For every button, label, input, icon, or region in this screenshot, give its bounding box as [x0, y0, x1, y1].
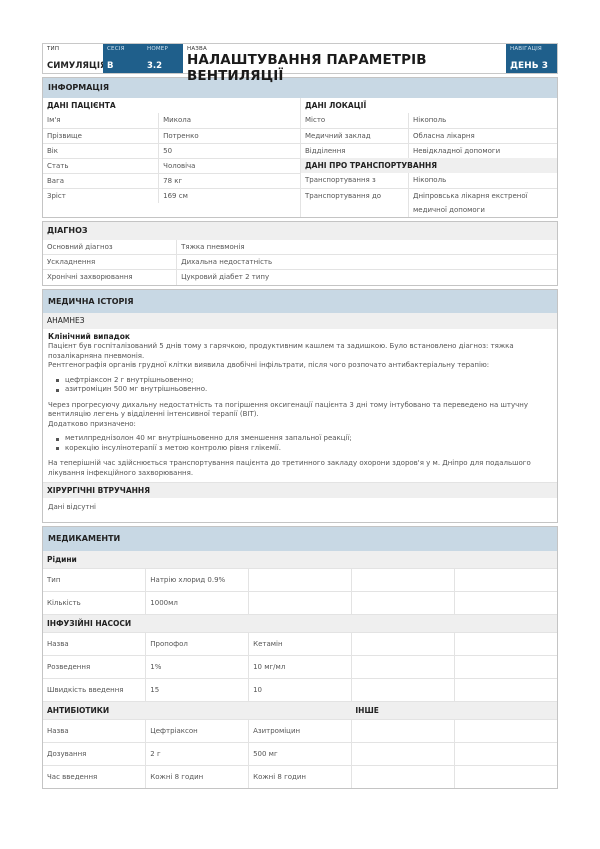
row-value: [454, 742, 557, 765]
row-value: [454, 655, 557, 678]
row-value: Пропофол: [146, 632, 249, 655]
number-value: 3.2: [147, 61, 179, 71]
row-value: Нікополь: [409, 113, 557, 128]
list-item: метилпреднізолон 40 мг внутрішньовенно д…: [65, 434, 552, 444]
row-value: [351, 719, 454, 742]
row-label: Зріст: [43, 188, 159, 203]
row-value: [454, 765, 557, 788]
table-row: Ім'яМикола: [43, 113, 300, 128]
table-row: Швидкість введення1510: [43, 678, 557, 701]
history-p4: Додатково призначено:: [48, 420, 552, 430]
row-value: 15: [146, 678, 249, 701]
row-label: Час введення: [43, 765, 146, 788]
history-p5: На теперішній час здійснюється транспорт…: [48, 459, 552, 478]
row-value: [454, 591, 557, 614]
row-value: [454, 719, 557, 742]
table-row: Вага78 кг: [43, 173, 300, 188]
row-value: Кожні 8 годин: [249, 765, 352, 788]
history-p3: Через прогресуючу дихальну недостатність…: [48, 401, 552, 420]
row-value: Азитроміцин: [249, 719, 352, 742]
history-title: МЕДИЧНА ІСТОРІЯ: [43, 290, 557, 313]
row-label: Стать: [43, 158, 159, 173]
header-session: Сесія B: [103, 44, 143, 73]
table-row: Дозування2 г500 мг: [43, 742, 557, 765]
patient-table: Ім'яМиколаПрізвищеПотренкоВік50СтатьЧоло…: [43, 113, 300, 203]
history-p2: Рентгенографія органів грудної клітки ви…: [48, 361, 552, 371]
table-row: СтатьЧоловіча: [43, 158, 300, 173]
number-label: Номер: [147, 46, 179, 52]
row-value: Дихальна недостатність: [177, 255, 557, 270]
location-title: ДАНІ ЛОКАЦІЇ: [301, 98, 557, 113]
row-label: Транспортування з: [301, 173, 409, 188]
diagnosis-section: ДІАГНОЗ Основний діагнозТяжка пневмоніяУ…: [42, 221, 558, 286]
row-value: [351, 742, 454, 765]
header-type: Тип СИМУЛЯЦІЯ: [43, 44, 103, 73]
row-label: Ускладнення: [43, 255, 177, 270]
table-row: Розведення1%10 мг/мл: [43, 655, 557, 678]
location-table: МістоНікопольМедичний закладОбласна ліка…: [301, 113, 557, 158]
row-label: Транспортування до: [301, 188, 409, 217]
subsection-title: АНТИБІОТИКИ: [43, 701, 351, 719]
row-label: Хронічні захворювання: [43, 270, 177, 285]
type-label: Тип: [47, 46, 99, 52]
meds-title: МЕДИКАМЕНТИ: [43, 527, 557, 551]
subsection-title: ІНФУЗІЙНІ НАСОСИ: [43, 614, 557, 632]
row-label: Швидкість введення: [43, 678, 146, 701]
row-value: Потренко: [159, 128, 300, 143]
row-value: 10: [249, 678, 352, 701]
nav-label: Навігація: [510, 46, 553, 52]
subsection-title: ІНШЕ: [351, 701, 557, 719]
row-value: Цефтріаксон: [146, 719, 249, 742]
table-row: Медичний закладОбласна лікарня: [301, 128, 557, 143]
row-label: Розведення: [43, 655, 146, 678]
document-page: Тип СИМУЛЯЦІЯ Сесія B Номер 3.2 Назва НА…: [42, 43, 558, 789]
header-number: Номер 3.2: [143, 44, 183, 73]
row-value: Чоловіча: [159, 158, 300, 173]
subsection-row: ІНФУЗІЙНІ НАСОСИ: [43, 614, 557, 632]
list-item: цефтріаксон 2 г внутрішньовенно;: [65, 376, 552, 386]
history-section: МЕДИЧНА ІСТОРІЯ АНАМНЕЗ Клінічний випадо…: [42, 289, 558, 523]
row-value: [351, 632, 454, 655]
row-value: [454, 632, 557, 655]
list-item: корекцію інсулінотерапії з метою контрол…: [65, 444, 552, 454]
row-value: 50: [159, 143, 300, 158]
anamnesis-text: Клінічний випадок Пацієнт був госпіталіз…: [43, 329, 557, 483]
patient-title: ДАНІ ПАЦІЄНТА: [43, 98, 300, 113]
row-label: Дозування: [43, 742, 146, 765]
table-row: Основний діагнозТяжка пневмонія: [43, 240, 557, 255]
row-value: Натрію хлорид 0.9%: [146, 568, 249, 591]
header-bar: Тип СИМУЛЯЦІЯ Сесія B Номер 3.2 Назва НА…: [42, 43, 558, 74]
row-value: 500 мг: [249, 742, 352, 765]
subsection-title: Рідини: [43, 551, 557, 569]
diagnosis-title: ДІАГНОЗ: [43, 222, 557, 240]
table-row: Вік50: [43, 143, 300, 158]
row-label: Медичний заклад: [301, 128, 409, 143]
transport-title: ДАНІ ПРО ТРАНСПОРТУВАННЯ: [301, 158, 557, 173]
surgery-value: Дані відсутні: [43, 498, 557, 522]
row-value: 1%: [146, 655, 249, 678]
anamnesis-title: АНАМНЕЗ: [43, 313, 557, 329]
transport-table: Транспортування зНікопольТранспортування…: [301, 173, 557, 217]
row-value: [351, 678, 454, 701]
table-row: ВідділенняНевідкладної допомоги: [301, 143, 557, 158]
row-label: Тип: [43, 568, 146, 591]
row-value: [454, 678, 557, 701]
row-value: [351, 655, 454, 678]
case-title: Клінічний випадок: [48, 332, 130, 341]
header-navigation[interactable]: Навігація ДЕНЬ 3: [506, 44, 557, 73]
row-value: Невідкладної допомоги: [409, 143, 557, 158]
antibiotic-list: цефтріаксон 2 г внутрішньовенно;азитромі…: [48, 376, 552, 395]
row-value: 2 г: [146, 742, 249, 765]
row-value: Нікополь: [409, 173, 557, 188]
table-row: НазваПропофолКетамін: [43, 632, 557, 655]
row-value: [454, 568, 557, 591]
location-data: ДАНІ ЛОКАЦІЇ МістоНікопольМедичний закла…: [300, 98, 557, 217]
table-row: УскладненняДихальна недостатність: [43, 255, 557, 270]
table-row: Кількість1000мл: [43, 591, 557, 614]
table-row: МістоНікополь: [301, 113, 557, 128]
row-label: Ім'я: [43, 113, 159, 128]
subsection-row: Рідини: [43, 551, 557, 569]
row-value: Обласна лікарня: [409, 128, 557, 143]
subsection-row: АНТИБІОТИКИІНШЕ: [43, 701, 557, 719]
additional-list: метилпреднізолон 40 мг внутрішньовенно д…: [48, 434, 552, 453]
row-label: Прізвище: [43, 128, 159, 143]
surgery-title: ХІРУРГІЧНІ ВТРУЧАННЯ: [43, 482, 557, 498]
row-value: [249, 591, 352, 614]
list-item: азитроміцин 500 мг внутрішньовенно.: [65, 385, 552, 395]
diagnosis-table: Основний діагнозТяжка пневмоніяУскладнен…: [43, 240, 557, 285]
info-section: ІНФОРМАЦІЯ ДАНІ ПАЦІЄНТА Ім'яМиколаПрізв…: [42, 77, 558, 218]
row-value: Тяжка пневмонія: [177, 240, 557, 255]
row-value: [351, 591, 454, 614]
table-row: Транспортування доДніпровська лікарня ек…: [301, 188, 557, 217]
table-row: Час введенняКожні 8 годинКожні 8 годин: [43, 765, 557, 788]
row-label: Кількість: [43, 591, 146, 614]
table-row: ПрізвищеПотренко: [43, 128, 300, 143]
row-value: Цукровий діабет 2 типу: [177, 270, 557, 285]
row-label: Назва: [43, 632, 146, 655]
patient-data: ДАНІ ПАЦІЄНТА Ім'яМиколаПрізвищеПотренко…: [43, 98, 300, 217]
table-row: Зріст169 см: [43, 188, 300, 203]
row-value: Кожні 8 годин: [146, 765, 249, 788]
table-row: ТипНатрію хлорид 0.9%: [43, 568, 557, 591]
header-title: Назва НАЛАШТУВАННЯ ПАРАМЕТРІВ ВЕНТИЛЯЦІЇ: [183, 44, 506, 73]
row-label: Відділення: [301, 143, 409, 158]
meds-table: РідиниТипНатрію хлорид 0.9%Кількість1000…: [43, 551, 557, 788]
row-value: 1000мл: [146, 591, 249, 614]
row-value: [351, 568, 454, 591]
row-value: [351, 765, 454, 788]
row-label: Вага: [43, 173, 159, 188]
page-title: НАЛАШТУВАННЯ ПАРАМЕТРІВ ВЕНТИЛЯЦІЇ: [187, 52, 502, 84]
table-row: НазваЦефтріаксонАзитроміцин: [43, 719, 557, 742]
session-label: Сесія: [107, 46, 139, 52]
row-label: Вік: [43, 143, 159, 158]
nav-value[interactable]: ДЕНЬ 3: [510, 61, 553, 71]
row-value: Микола: [159, 113, 300, 128]
type-value: СИМУЛЯЦІЯ: [47, 61, 99, 71]
row-value: 78 кг: [159, 173, 300, 188]
meds-section: МЕДИКАМЕНТИ РідиниТипНатрію хлорид 0.9%К…: [42, 526, 558, 789]
row-value: [249, 568, 352, 591]
row-value: 10 мг/мл: [249, 655, 352, 678]
row-value: Дніпровська лікарня екстреної медичної д…: [409, 188, 557, 217]
session-value: B: [107, 61, 139, 71]
row-value: Кетамін: [249, 632, 352, 655]
row-label: Основний діагноз: [43, 240, 177, 255]
table-row: Транспортування зНікополь: [301, 173, 557, 188]
row-value: 169 см: [159, 188, 300, 203]
table-row: Хронічні захворюванняЦукровий діабет 2 т…: [43, 270, 557, 285]
row-label: Назва: [43, 719, 146, 742]
row-label: Місто: [301, 113, 409, 128]
history-p1: Пацієнт був госпіталізований 5 днів тому…: [48, 342, 552, 361]
